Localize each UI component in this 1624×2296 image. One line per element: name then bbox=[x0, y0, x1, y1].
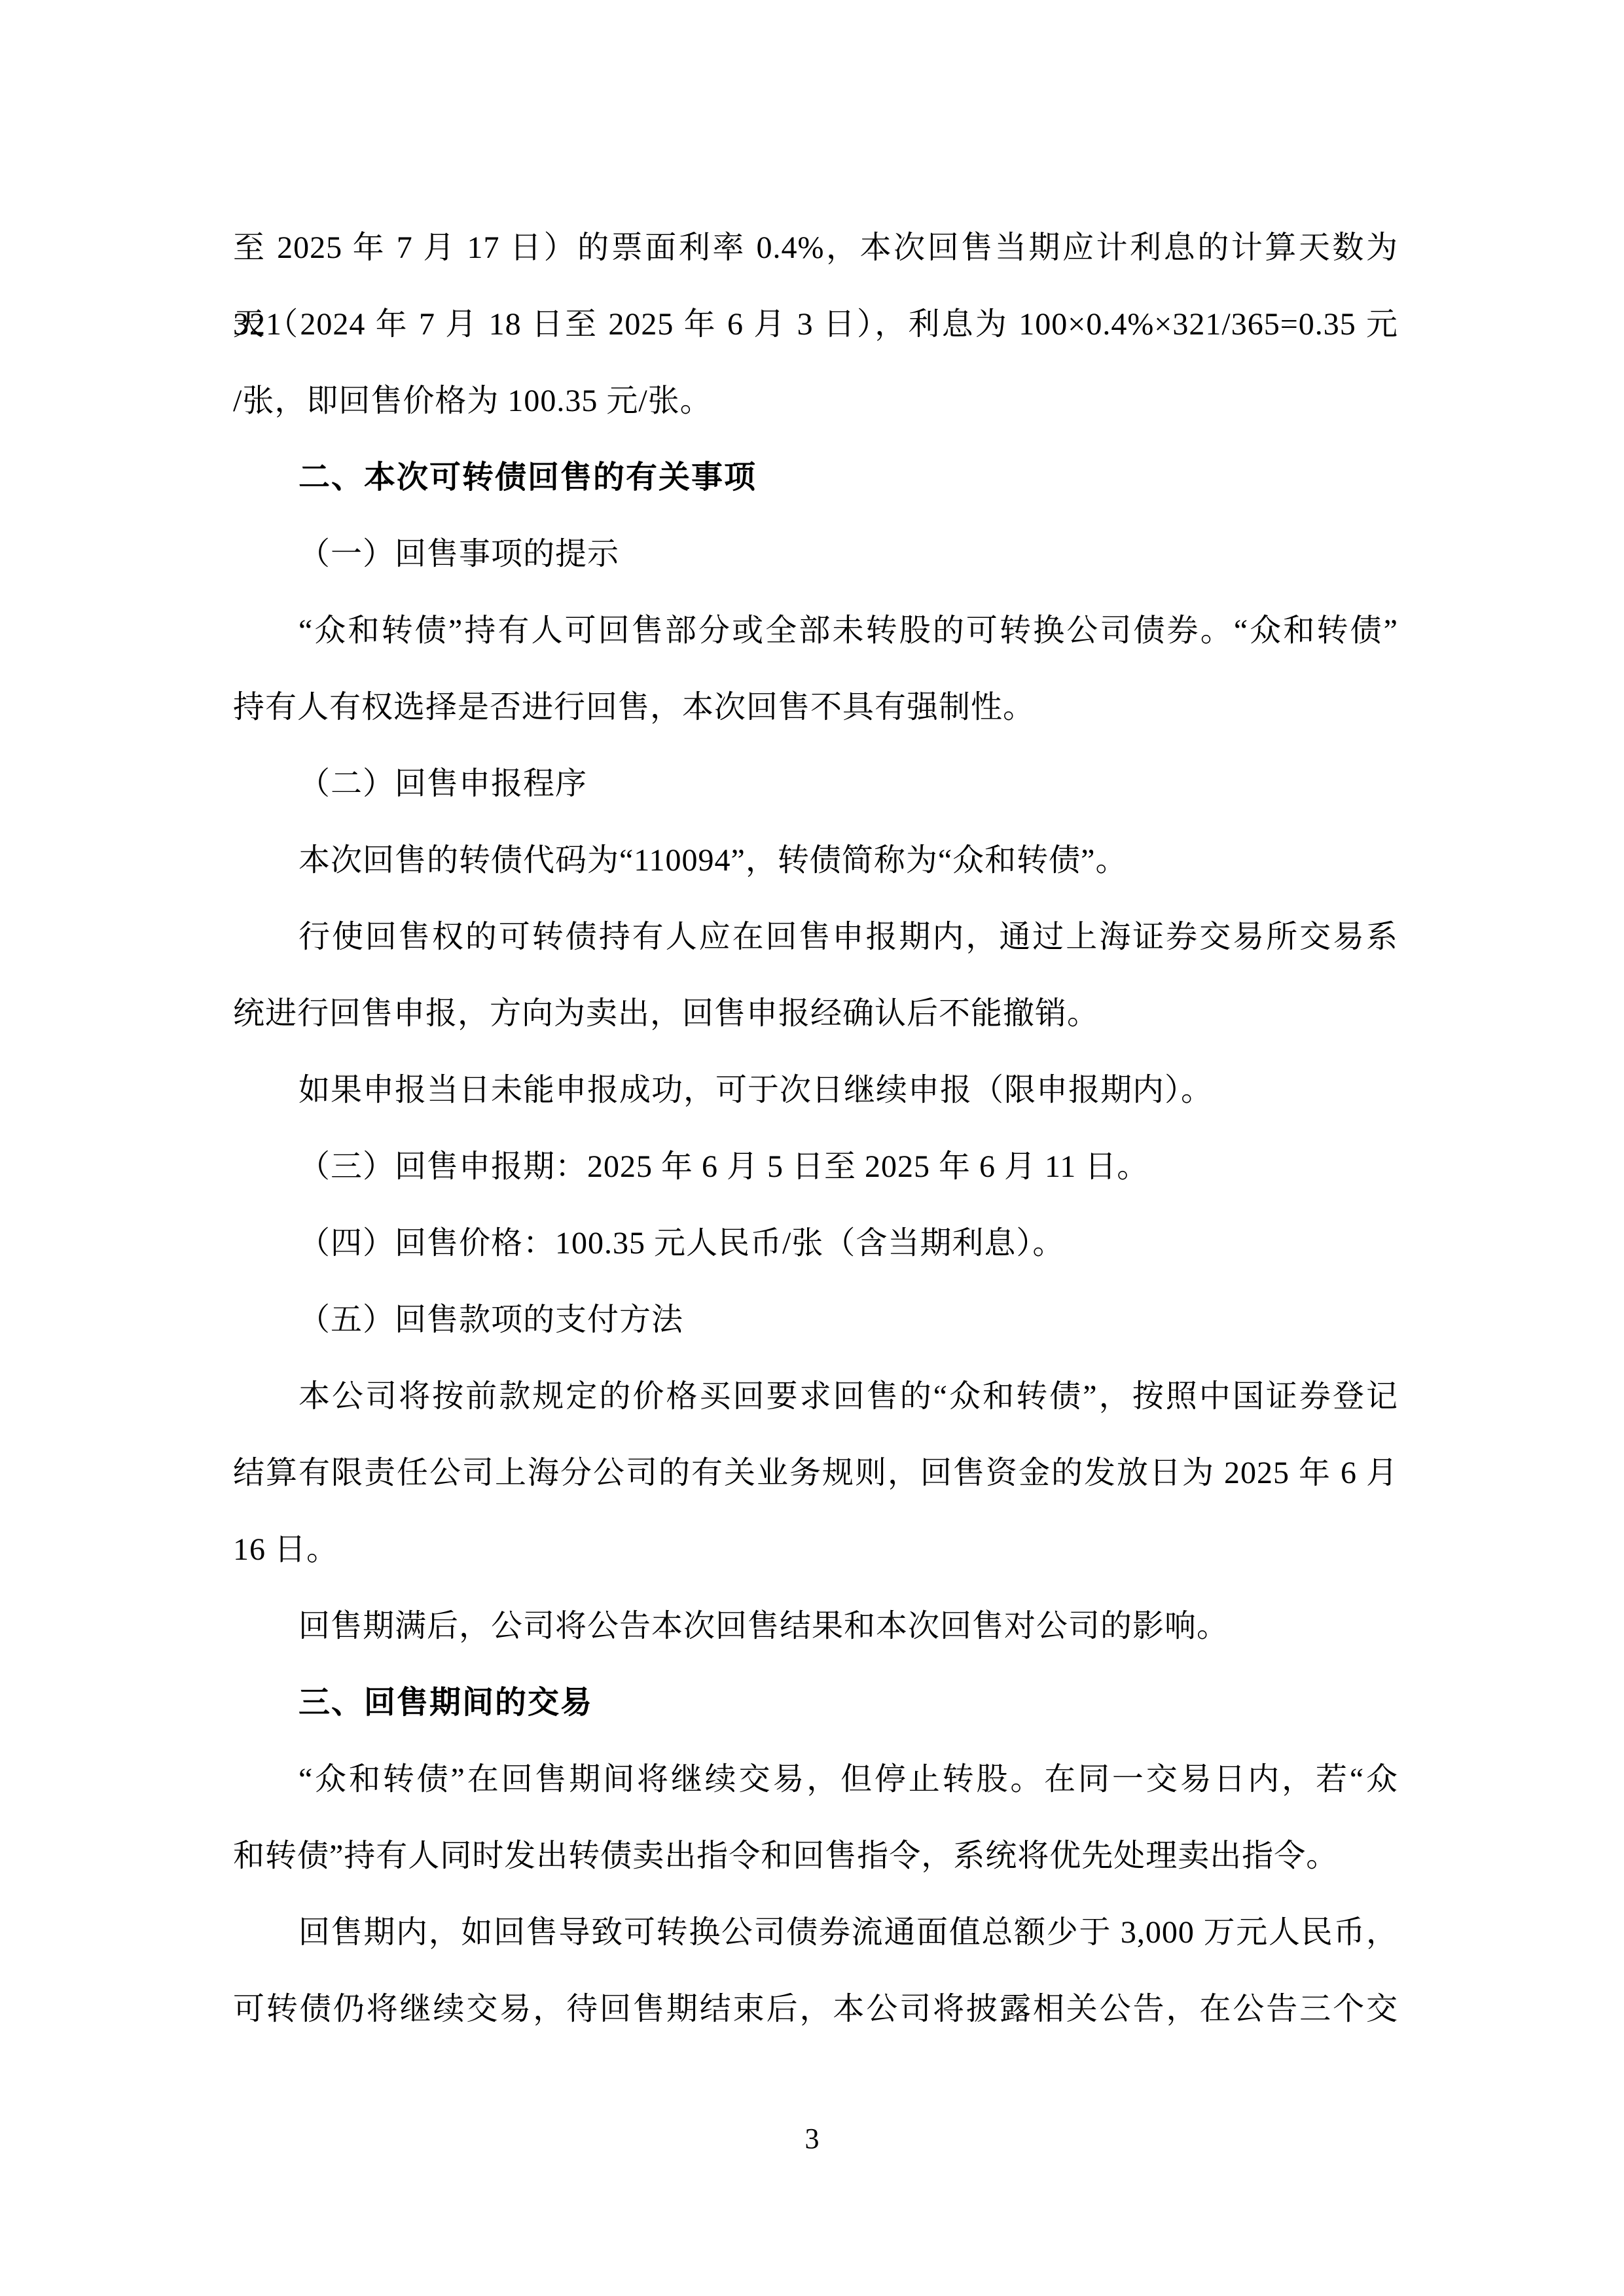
body-line: /张，即回售价格为 100.35 元/张。 bbox=[233, 363, 1398, 439]
body-line: 统进行回售申报，方向为卖出，回售申报经确认后不能撤销。 bbox=[233, 975, 1398, 1052]
body-line: 可转债仍将继续交易，待回售期结束后，本公司将披露相关公告，在公告三个交 bbox=[233, 1971, 1398, 2047]
body-line: 回售期满后，公司将公告本次回售结果和本次回售对公司的影响。 bbox=[233, 1588, 1398, 1664]
body-line: 16 日。 bbox=[233, 1511, 1398, 1588]
body-line: 行使回售权的可转债持有人应在回售申报期内，通过上海证券交易所交易系 bbox=[233, 899, 1398, 975]
body-line: 至 2025 年 7 月 17 日）的票面利率 0.4%，本次回售当期应计利息的… bbox=[233, 209, 1398, 286]
body-line: 回售期内，如回售导致可转换公司债券流通面值总额少于 3,000 万元人民币， bbox=[233, 1894, 1398, 1971]
body-line: 和转债”持有人同时发出转债卖出指令和回售指令，系统将优先处理卖出指令。 bbox=[233, 1818, 1398, 1894]
body-line: （四）回售价格：100.35 元人民币/张（含当期利息）。 bbox=[233, 1205, 1398, 1282]
section-heading-2: 二、本次可转债回售的有关事项 bbox=[233, 439, 1398, 516]
body-line: 持有人有权选择是否进行回售，本次回售不具有强制性。 bbox=[233, 669, 1398, 745]
body-line: 结算有限责任公司上海分公司的有关业务规则，回售资金的发放日为 2025 年 6 … bbox=[233, 1435, 1398, 1511]
document-page: 至 2025 年 7 月 17 日）的票面利率 0.4%，本次回售当期应计利息的… bbox=[0, 0, 1624, 2296]
section-heading-3: 三、回售期间的交易 bbox=[233, 1664, 1398, 1741]
document-body: 至 2025 年 7 月 17 日）的票面利率 0.4%，本次回售当期应计利息的… bbox=[233, 209, 1398, 2047]
subsection-heading: （一）回售事项的提示 bbox=[233, 516, 1398, 592]
subsection-heading: （二）回售申报程序 bbox=[233, 745, 1398, 822]
body-line: 如果申报当日未能申报成功，可于次日继续申报（限申报期内）。 bbox=[233, 1052, 1398, 1128]
body-line: 天（2024 年 7 月 18 日至 2025 年 6 月 3 日），利息为 1… bbox=[233, 286, 1398, 363]
body-line: （三）回售申报期：2025 年 6 月 5 日至 2025 年 6 月 11 日… bbox=[233, 1128, 1398, 1205]
body-line: 本次回售的转债代码为“110094”，转债简称为“众和转债”。 bbox=[233, 822, 1398, 899]
body-line: “众和转债”在回售期间将继续交易，但停止转股。在同一交易日内，若“众 bbox=[233, 1741, 1398, 1818]
body-line: 本公司将按前款规定的价格买回要求回售的“众和转债”，按照中国证券登记 bbox=[233, 1358, 1398, 1435]
subsection-heading: （五）回售款项的支付方法 bbox=[233, 1282, 1398, 1358]
body-line: “众和转债”持有人可回售部分或全部未转股的可转换公司债券。“众和转债” bbox=[233, 592, 1398, 669]
page-number: 3 bbox=[0, 2119, 1624, 2159]
